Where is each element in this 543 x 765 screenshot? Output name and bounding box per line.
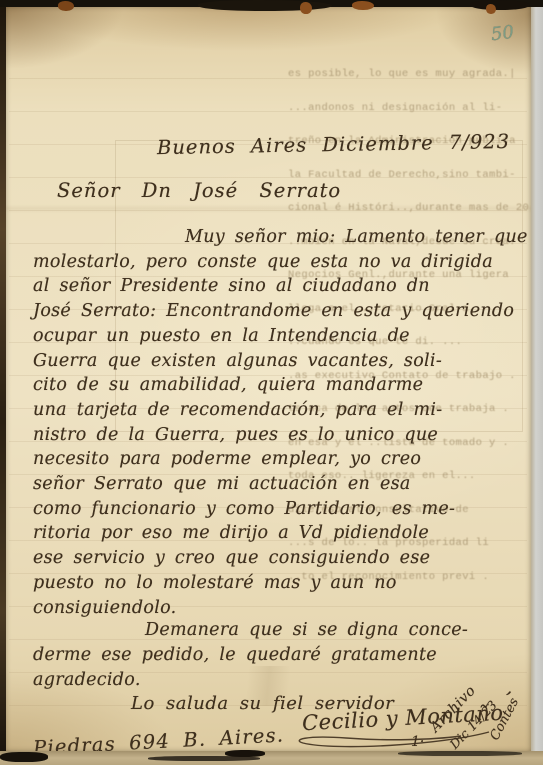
body-line: José Serrato: Encontrandome en esta y qu…: [33, 299, 527, 324]
scan-background: es posible, lo que es muy agrada.|...and…: [0, 0, 543, 765]
right-edge-strip: [531, 0, 543, 765]
paper: es posible, lo que es muy agrada.|...and…: [5, 6, 531, 752]
bleedthrough-line: ...andonos ni designación al li-: [288, 92, 538, 126]
body-line: Muy señor mio: Lamento tener que: [33, 225, 527, 250]
left-edge-strip: [0, 0, 6, 765]
body-line: una tarjeta de recomendación, para el mi…: [33, 398, 527, 423]
body-line: ese servicio y creo que consiguiendo ese: [33, 546, 527, 571]
rust-stain: [300, 2, 312, 14]
body-line: puesto no lo molestaré mas y aun no: [33, 571, 527, 596]
letter-body: Muy señor mio: Lamento tener quemolestar…: [33, 225, 527, 620]
bottom-smudge: [225, 750, 265, 757]
body-line: molestarlo, pero conste que esta no va d…: [33, 250, 527, 275]
rust-stain: [470, 0, 530, 10]
paragraph-line: derme ese pedido, le quedaré gratamente: [33, 643, 527, 668]
body-line: Guerra que existen algunas vacantes, sol…: [33, 349, 527, 374]
body-line: consiguiendolo.: [33, 596, 527, 621]
body-line: ocupar un puesto en la Intendencia de: [33, 324, 527, 349]
rust-stain: [352, 1, 374, 10]
body-line: nistro de la Guerra, pues es lo unico qu…: [33, 423, 527, 448]
body-line: ritoria por eso me dirijo a Vd pidiendol…: [33, 521, 527, 546]
paragraph-line: Demanera que si se digna conce-: [33, 618, 527, 643]
body-line: necesito para poderme emplear, yo creo: [33, 447, 527, 472]
letter-paragraph2: Demanera que si se digna conce-derme ese…: [33, 618, 527, 692]
rust-stain: [58, 1, 74, 11]
bottom-smudge: [0, 752, 48, 762]
rust-stain: [486, 4, 496, 14]
folio-number: 50: [490, 22, 515, 46]
letter-addressee: Señor Dn José Serrato: [57, 179, 341, 202]
paragraph-line: agradecido.: [33, 668, 527, 693]
body-line: señor Serrato que mi actuación en esa: [33, 472, 527, 497]
bottom-smudge: [398, 751, 522, 756]
signature-flourish: [291, 728, 496, 752]
body-line: al señor Presidente sino al ciudadano dn: [33, 274, 527, 299]
body-line: cito de su amabilidad, quiera mandarme: [33, 373, 527, 398]
bleedthrough-line: es posible, lo que es muy agrada.|: [288, 58, 538, 92]
body-line: como funcionario y como Partidario, es m…: [33, 497, 527, 522]
